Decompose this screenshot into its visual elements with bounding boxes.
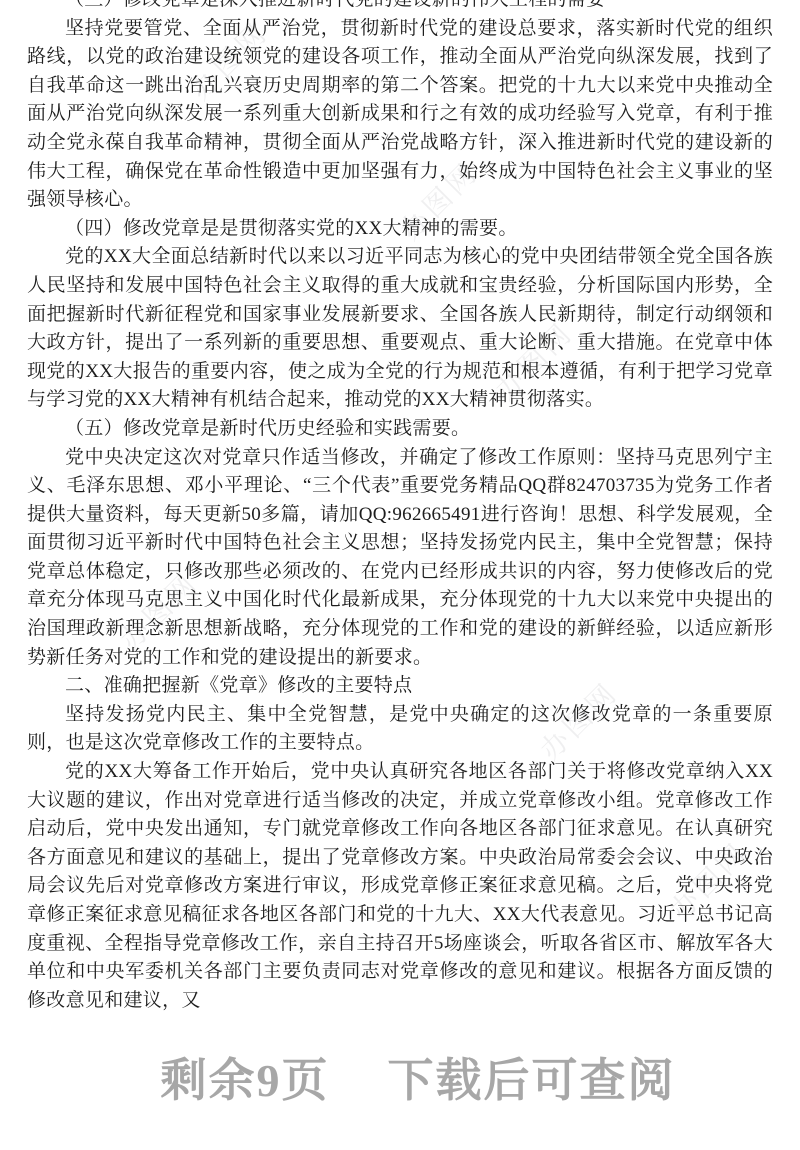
pages-remaining-banner: 剩余9页 下载后可查阅: [18, 1044, 800, 1110]
paragraph: 坚持党要管党、全面从严治党，贯彻新时代党的建设总要求，落实新时代党的组织路线，以…: [27, 15, 773, 215]
document-preview-page: 办图网办图网办图网办图网办图网办图网 （三）修改党章是深入推进新时代党的建设新的…: [0, 0, 800, 1150]
section-heading: （三）修改党章是深入推进新时代党的建设新的伟大工程的需要: [27, 0, 773, 15]
paragraph: 党的XX大筹备工作开始后，党中央认真研究各地区各部门关于将修改党章纳入XX大议题…: [27, 758, 773, 1015]
document-body: （三）修改党章是深入推进新时代党的建设新的伟大工程的需要 坚持党要管党、全面从严…: [27, 0, 773, 1015]
paragraph: 坚持发扬党内民主、集中全党智慧，是党中央确定的这次修改党章的一条重要原则，也是这…: [27, 701, 773, 758]
paragraph: 党的XX大全面总结新时代以来以习近平同志为核心的党中央团结带领全党全国各族人民坚…: [27, 243, 773, 415]
paragraph: 党中央决定这次对党章只作适当修改，并确定了修改工作原则：坚持马克思列宁主义、毛泽…: [27, 444, 773, 673]
section-heading: 二、准确把握新《党章》修改的主要特点: [27, 672, 773, 701]
pages-remaining-label: 剩余9页: [161, 1044, 330, 1110]
section-heading: （五）修改党章是新时代历史经验和实践需要。: [27, 415, 773, 444]
section-heading: （四）修改党章是是贯彻落实党的XX大精神的需要。: [27, 215, 773, 244]
download-to-view-label: 下载后可查阅: [388, 1044, 676, 1110]
